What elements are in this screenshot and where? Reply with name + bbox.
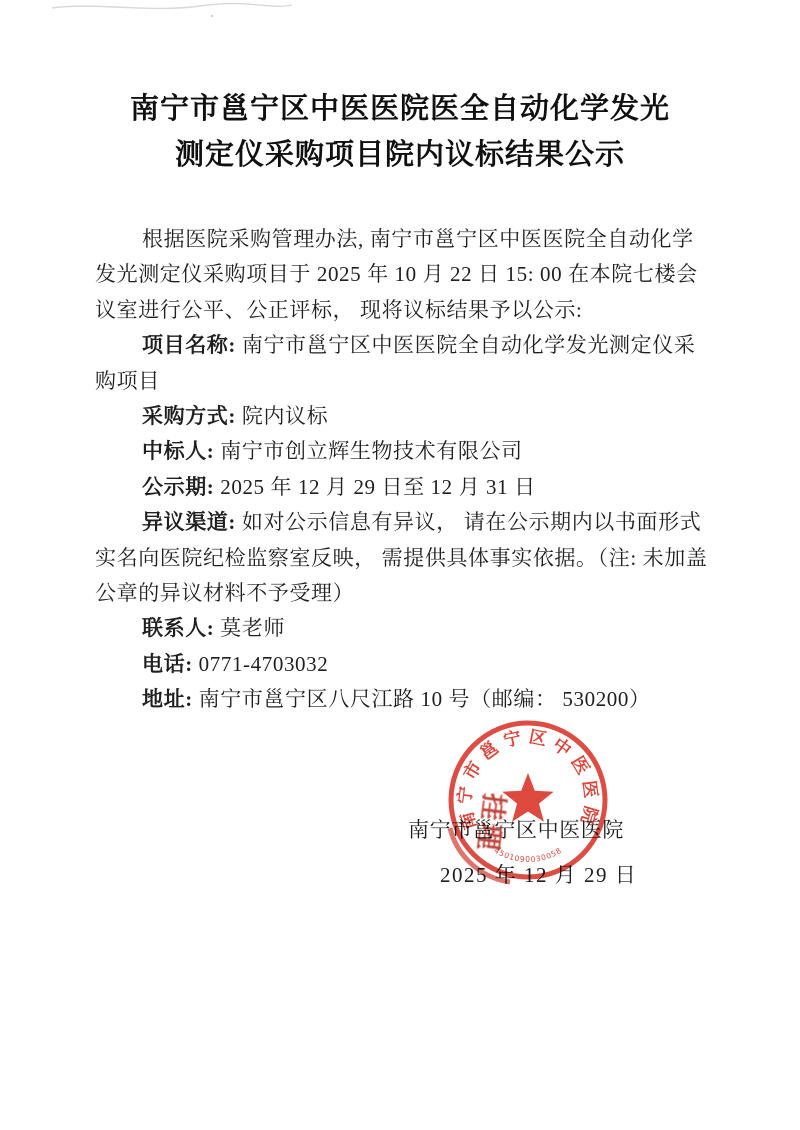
objection-channel-wrap-2: 公章的异议材料不予受理） [95,581,354,605]
document-title-line-2: 测定仪采购项目院内议标结果公示 [0,132,800,178]
field-value-procurement-method: 院内议标 [236,404,328,428]
field-label-address: 地址: [142,687,193,711]
field-value-contact-person: 莫老师 [214,616,285,640]
document-page: 南宁市邕宁区中医医院医全自动化学发光 测定仪采购项目院内议标结果公示 根据医院采… [0,0,800,1130]
field-label-phone: 电话: [142,652,193,676]
objection-channel-wrap-1: 实名向医院纪检监察室反映， 需提供具体事实依据。（注: 未加盖 [95,546,707,570]
body-line: 异议渠道: 如对公示信息有异议， 请在公示期内以书面形式 [95,505,713,540]
field-value-objection-channel: 如对公示信息有异议， 请在公示期内以书面形式 [236,510,701,534]
body-line-text: 根据医院采购管理办法, 南宁市邕宁区中医医院全自动化学 [142,227,694,251]
field-label-winning-bidder: 中标人: [142,439,214,463]
body-line: 实名向医院纪检监察室反映， 需提供具体事实依据。（注: 未加盖 [95,541,713,576]
body-line: 议室进行公平、公正评标， 现将议标结果予以公示: [95,293,713,328]
document-title: 南宁市邕宁区中医医院医全自动化学发光 测定仪采购项目院内议标结果公示 [0,86,800,178]
body-line: 联系人: 莫老师 [95,611,713,646]
body-line: 电话: 0771-4703032 [95,647,713,682]
body-line: 公章的异议材料不予受理） [95,576,713,611]
body-line: 购项目 [95,364,713,399]
body-line: 根据医院采购管理办法, 南宁市邕宁区中医医院全自动化学 [95,222,713,257]
field-value-winning-bidder: 南宁市创立辉生物技术有限公司 [214,439,522,463]
official-seal: 南宁市邕宁区中医医院 4501090030058 [428,700,628,900]
field-label-objection-channel: 异议渠道: [142,510,236,534]
body-line: 中标人: 南宁市创立辉生物技术有限公司 [95,434,713,469]
field-value-project-name-wrap: 购项目 [95,369,160,393]
body-line: 公示期: 2025 年 12 月 29 日至 12 月 31 日 [95,470,713,505]
seal-overlap-fragment: 挂理 [470,791,516,855]
document-body: 根据医院采购管理办法, 南宁市邕宁区中医医院全自动化学 发光测定仪采购项目于 2… [95,222,713,717]
body-line: 项目名称: 南宁市邕宁区中医医院全自动化学发光测定仪采 [95,328,713,363]
body-line: 发光测定仪采购项目于 2025 年 10 月 22 日 15: 00 在本院七楼… [95,257,713,292]
scan-artifact [40,0,300,30]
field-value-phone: 0771-4703032 [193,652,329,676]
field-label-project-name: 项目名称: [142,333,236,357]
body-line: 采购方式: 院内议标 [95,399,713,434]
body-line-text: 发光测定仪采购项目于 2025 年 10 月 22 日 15: 00 在本院七楼… [95,262,698,286]
field-value-project-name: 南宁市邕宁区中医医院全自动化学发光测定仪采 [236,333,695,357]
field-label-procurement-method: 采购方式: [142,404,236,428]
field-value-publicity-period: 2025 年 12 月 29 日至 12 月 31 日 [214,475,535,499]
field-label-publicity-period: 公示期: [142,475,214,499]
field-label-contact-person: 联系人: [142,616,214,640]
body-line-text: 议室进行公平、公正评标， 现将议标结果予以公示: [95,298,582,322]
document-title-line-1: 南宁市邕宁区中医医院医全自动化学发光 [0,86,800,132]
